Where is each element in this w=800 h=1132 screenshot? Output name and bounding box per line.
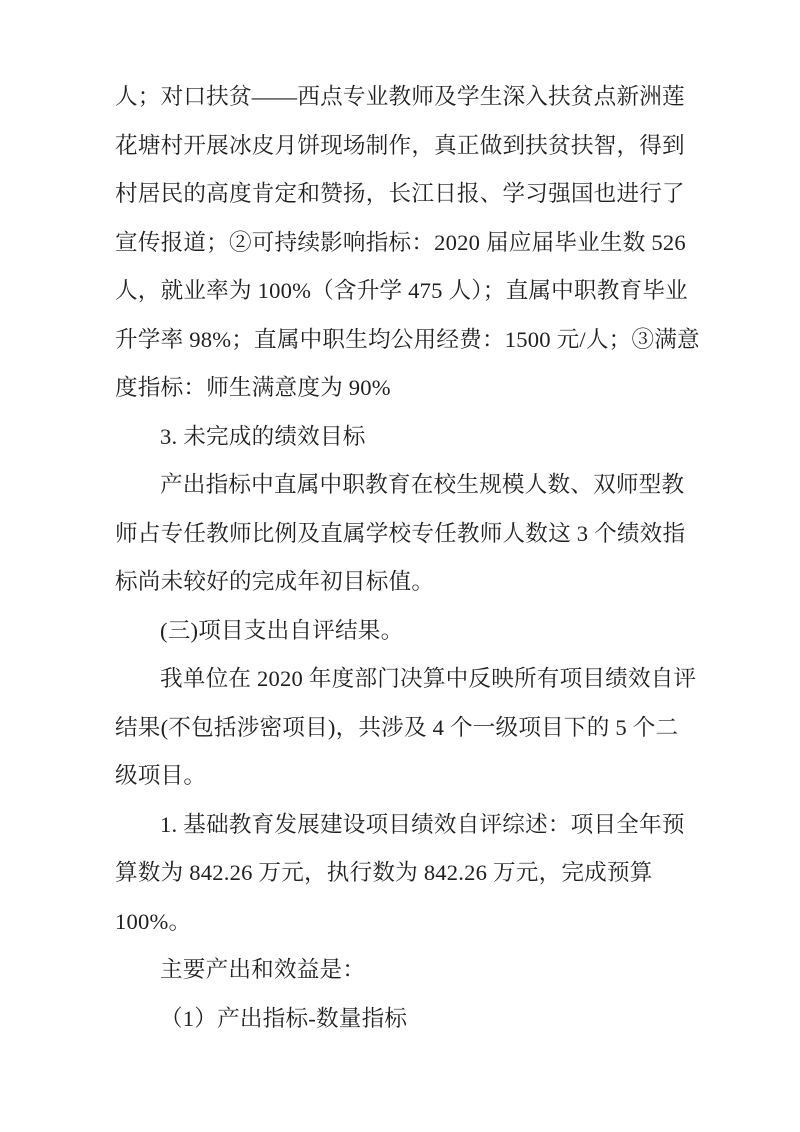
text-line: 村居民的高度肯定和赞扬，长江日报、学习强国也进行了 — [115, 170, 690, 219]
text-line: （1）产出指标-数量指标 — [115, 995, 690, 1044]
text-line: 人；对口扶贫——西点专业教师及学生深入扶贫点新洲莲 — [115, 73, 690, 122]
document-page: 人；对口扶贫——西点专业教师及学生深入扶贫点新洲莲 花塘村开展冰皮月饼现场制作，… — [0, 0, 800, 1132]
text-line: 人，就业率为 100%（含升学 475 人）；直属中职教育毕业 — [115, 267, 690, 316]
section-heading: 3. 未完成的绩效目标 — [115, 413, 690, 462]
text-line: 算数为 842.26 万元，执行数为 842.26 万元，完成预算 — [115, 849, 690, 898]
text-line: 100%。 — [115, 898, 690, 947]
text-line: 主要产出和效益是： — [115, 946, 690, 995]
text-line: 宣传报道；②可持续影响指标：2020 届应届毕业生数 526 — [115, 219, 690, 268]
section-heading: (三)项目支出自评结果。 — [115, 607, 690, 656]
text-line: 我单位在 2020 年度部门决算中反映所有项目绩效自评 — [115, 655, 690, 704]
text-line: 师占专任教师比例及直属学校专任教师人数这 3 个绩效指 — [115, 510, 690, 559]
text-line: 升学率 98%；直属中职生均公用经费：1500 元/人；③满意 — [115, 316, 690, 365]
text-line: 结果(不包括涉密项目)，共涉及 4 个一级项目下的 5 个二 — [115, 704, 690, 753]
text-line: 标尚未较好的完成年初目标值。 — [115, 558, 690, 607]
text-line: 级项目。 — [115, 752, 690, 801]
text-line: 度指标：师生满意度为 90% — [115, 364, 690, 413]
text-line: 花塘村开展冰皮月饼现场制作，真正做到扶贫扶智，得到 — [115, 122, 690, 171]
document-body: 人；对口扶贫——西点专业教师及学生深入扶贫点新洲莲 花塘村开展冰皮月饼现场制作，… — [115, 73, 690, 1043]
text-line: 1. 基础教育发展建设项目绩效自评综述：项目全年预 — [115, 801, 690, 850]
text-line: 产出指标中直属中职教育在校生规模人数、双师型教 — [115, 461, 690, 510]
